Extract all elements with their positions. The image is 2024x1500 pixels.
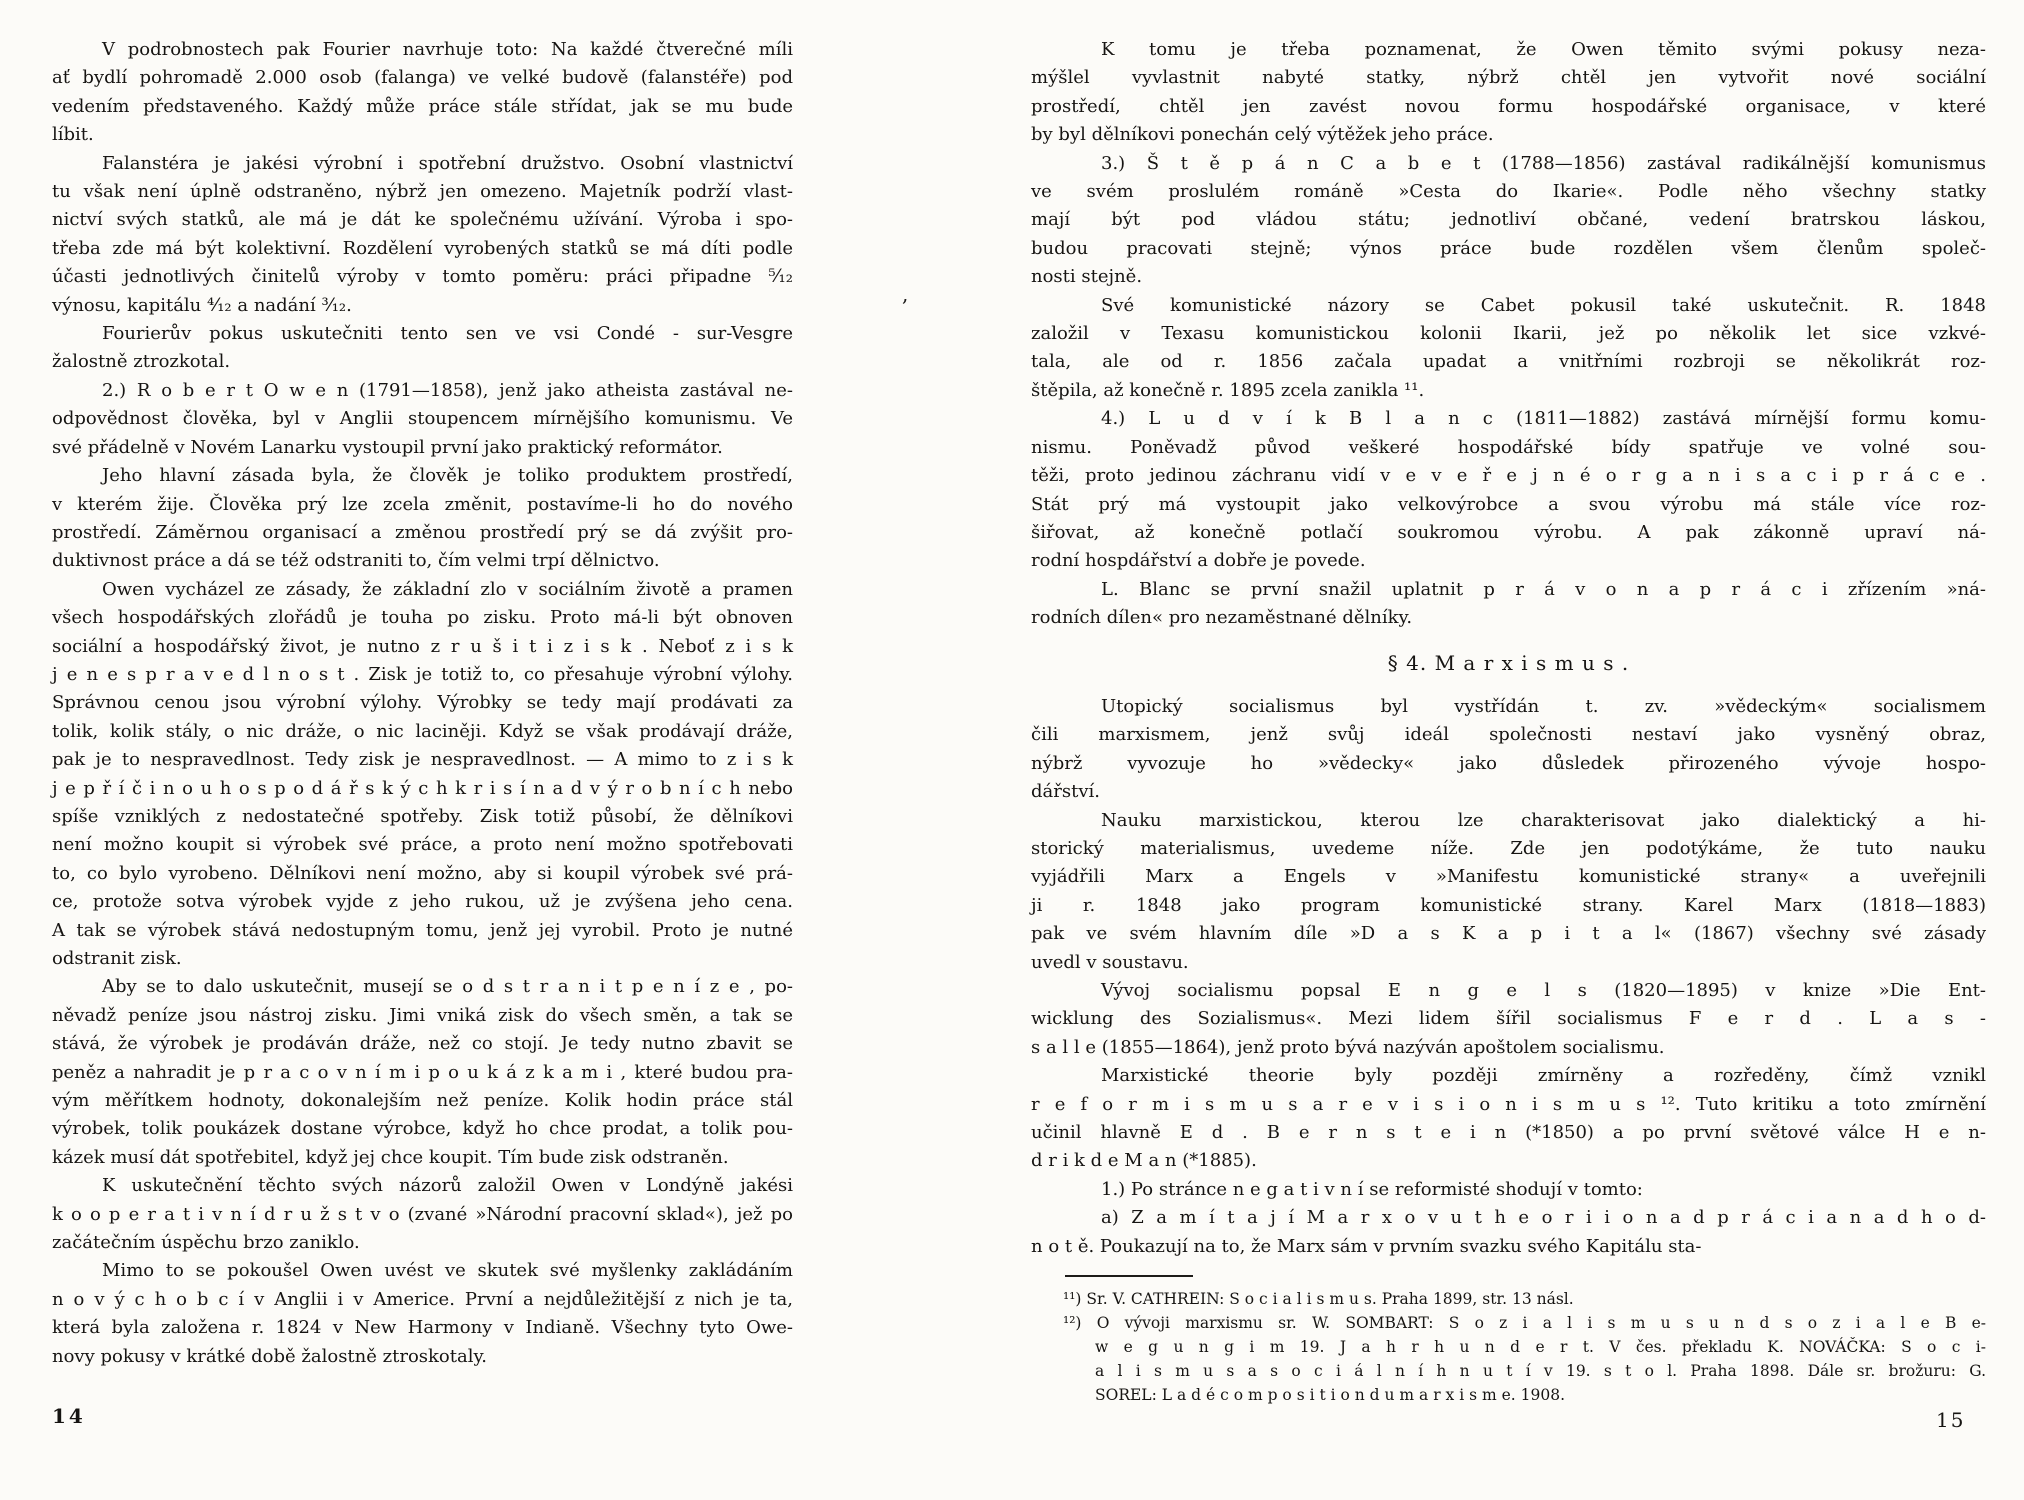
text-line: začátečním úspěchu brzo zaniklo. bbox=[52, 1229, 793, 1257]
text-line: Správnou cenou jsou výrobní výlohy. Výro… bbox=[52, 689, 793, 717]
text-line: stává, že výrobek je prodáván dráže, než… bbox=[52, 1030, 793, 1058]
paragraph: Své komunistické názory se Cabet pokusil… bbox=[1031, 292, 1986, 406]
text-line: Jeho hlavní zásada byla, že člověk je to… bbox=[52, 462, 793, 490]
text-line: v kterém žije. Člověka prý lze zcela změ… bbox=[52, 491, 793, 519]
text-line: mají být pod vládou státu; jednotliví ob… bbox=[1031, 206, 1986, 234]
section-heading: § 4. M a r x i s m u s . bbox=[1031, 649, 1986, 677]
text-line: dářství. bbox=[1031, 778, 1986, 806]
text-line: novy pokusy v krátké době žalostně ztros… bbox=[52, 1343, 793, 1371]
text-line: učinil hlavně E d . B e r n s t e i n (*… bbox=[1031, 1119, 1986, 1147]
paragraph: Jeho hlavní zásada byla, že člověk je to… bbox=[52, 462, 793, 576]
text-line: Stát prý má vystoupit jako velkovýrobce … bbox=[1031, 491, 1986, 519]
text-line: účasti jednotlivých činitelů výroby v to… bbox=[52, 263, 793, 291]
text-line: štěpila, až konečně r. 1895 zcela zanikl… bbox=[1031, 377, 1986, 405]
text-line: wicklung des Sozialismus«. Mezi lidem ší… bbox=[1031, 1005, 1986, 1033]
page-14-text-column: V podrobnostech pak Fourier navrhuje tot… bbox=[52, 36, 793, 1371]
text-line: výnosu, kapitálu ⁴⁄₁₂ a nadání ³⁄₁₂. bbox=[52, 292, 793, 320]
text-line: založil v Texasu komunistickou kolonii I… bbox=[1031, 320, 1986, 348]
text-line: své přádelně v Novém Lanarku vystoupil p… bbox=[52, 434, 793, 462]
text-line: Aby se to dalo uskutečnit, musejí se o d… bbox=[52, 973, 793, 1001]
text-line: Falanstéra je jakési výrobní i spotřební… bbox=[52, 150, 793, 178]
text-line: r e f o r m i s m u s a r e v i s i o n … bbox=[1031, 1091, 1986, 1119]
text-line: odstranit zisk. bbox=[52, 945, 793, 973]
paragraph: Owen vycházel ze zásady, že základní zlo… bbox=[52, 576, 793, 974]
text-line: výrobek, tolik poukázek dostane výrobce,… bbox=[52, 1115, 793, 1143]
text-line: 3.) Š t ě p á n C a b e t (1788—1856) za… bbox=[1031, 150, 1986, 178]
text-line: j e p ř í č i n o u h o s p o d á ř s k … bbox=[52, 775, 793, 803]
paragraph: Nauku marxistickou, kterou lze charakter… bbox=[1031, 807, 1986, 977]
text-line: spíše vzniklých z nedostatečné spotřeby.… bbox=[52, 803, 793, 831]
footnote-marker: ¹¹) bbox=[1063, 1290, 1086, 1308]
text-line: ať bydlí pohromadě 2.000 osob (falanga) … bbox=[52, 64, 793, 92]
text-line: nismu. Poněvadž původ veškeré hospodářsk… bbox=[1031, 434, 1986, 462]
text-line: Své komunistické názory se Cabet pokusil… bbox=[1031, 292, 1986, 320]
text-line: něvadž peníze jsou nástroj zisku. Jimi v… bbox=[52, 1002, 793, 1030]
text-line: sociální a hospodářský život, je nutno z… bbox=[52, 633, 793, 661]
paragraph: Marxistické theorie byly později zmírněn… bbox=[1031, 1062, 1986, 1176]
page-15-text-column: K tomu je třeba poznamenat, že Owen těmi… bbox=[1031, 36, 1986, 1407]
text-line: šiřovat, až konečně potlačí soukromou vý… bbox=[1031, 519, 1986, 547]
text-line: d r i k d e M a n (*1885). bbox=[1031, 1147, 1986, 1175]
text-line: prostředí. Záměrnou organisací a změnou … bbox=[52, 519, 793, 547]
text-line: j e n e s p r a v e d l n o s t . Zisk j… bbox=[52, 661, 793, 689]
paragraph: L. Blanc se první snažil uplatnit p r á … bbox=[1031, 576, 1986, 633]
text-line: kázek musí dát spotřebitel, když jej chc… bbox=[52, 1144, 793, 1172]
text-line: všech hospodářských zlořádů je touha po … bbox=[52, 604, 793, 632]
text-line: těži, proto jedinou záchranu vidí v e v … bbox=[1031, 462, 1986, 490]
paragraph: Fourierův pokus uskutečniti tento sen ve… bbox=[52, 320, 793, 377]
paragraph: 2.) R o b e r t O w e n (1791—1858), jen… bbox=[52, 377, 793, 462]
text-line: V podrobnostech pak Fourier navrhuje tot… bbox=[52, 36, 793, 64]
text-line: ¹²) O vývoji marxismu sr. W. SOMBART: S … bbox=[1095, 1311, 1986, 1335]
text-line: nictví svých statků, ale má je dát ke sp… bbox=[52, 206, 793, 234]
text-line: tu však není úplně odstraněno, nýbrž jen… bbox=[52, 178, 793, 206]
text-line: která byla založena r. 1824 v New Harmon… bbox=[52, 1314, 793, 1342]
text-line: pak ve svém hlavním díle »D a s K a p i … bbox=[1031, 920, 1986, 948]
text-line: 1.) Po stránce n e g a t i v n í se refo… bbox=[1031, 1176, 1986, 1204]
text-line: SOREL: L a d é c o m p o s i t i o n d u… bbox=[1095, 1383, 1986, 1407]
page-number-15: 15 bbox=[1936, 1408, 1965, 1432]
text-line: tolik, kolik stály, o nic dráže, o nic l… bbox=[52, 718, 793, 746]
paragraph: V podrobnostech pak Fourier navrhuje tot… bbox=[52, 36, 793, 150]
text-line: Mimo to se pokoušel Owen uvést ve skutek… bbox=[52, 1257, 793, 1285]
paragraph: K uskutečnění těchto svých názorů založi… bbox=[52, 1172, 793, 1257]
footnote: ¹²) O vývoji marxismu sr. W. SOMBART: S … bbox=[1031, 1311, 1986, 1407]
text-line: Fourierův pokus uskutečniti tento sen ve… bbox=[52, 320, 793, 348]
text-line: rodní hospdářství a dobře je povede. bbox=[1031, 547, 1986, 575]
paragraph: Utopický socialismus byl vystřídán t. zv… bbox=[1031, 693, 1986, 807]
text-line: by byl dělníkovi ponechán celý výtěžek j… bbox=[1031, 121, 1986, 149]
text-line: peněz a nahradit je p r a c o v n í m i … bbox=[52, 1059, 793, 1087]
text-line: líbit. bbox=[52, 121, 793, 149]
text-line: žalostně ztrozkotal. bbox=[52, 348, 793, 376]
text-line: Utopický socialismus byl vystřídán t. zv… bbox=[1031, 693, 1986, 721]
text-line: Marxistické theorie byly později zmírněn… bbox=[1031, 1062, 1986, 1090]
text-line: L. Blanc se první snažil uplatnit p r á … bbox=[1031, 576, 1986, 604]
text-line: nýbrž vyvozuje ho »vědecky« jako důslede… bbox=[1031, 750, 1986, 778]
text-line: to, co bylo vyrobeno. Dělníkovi není mož… bbox=[52, 860, 793, 888]
text-line: vyjádřili Marx a Engels v »Manifestu kom… bbox=[1031, 863, 1986, 891]
paragraph: 3.) Š t ě p á n C a b e t (1788—1856) za… bbox=[1031, 150, 1986, 292]
paragraph: a) Z a m í t a j í M a r x o v u t h e o… bbox=[1031, 1204, 1986, 1261]
footnote-divider bbox=[1065, 1275, 1193, 1277]
text-line: vedením představeného. Každý může práce … bbox=[52, 93, 793, 121]
text-line: není možno koupit si výrobek své práce, … bbox=[52, 831, 793, 859]
text-line: 2.) R o b e r t O w e n (1791—1858), jen… bbox=[52, 377, 793, 405]
paragraph: K tomu je třeba poznamenat, že Owen těmi… bbox=[1031, 36, 1986, 150]
text-line: a) Z a m í t a j í M a r x o v u t h e o… bbox=[1031, 1204, 1986, 1232]
paragraph: Falanstéra je jakési výrobní i spotřební… bbox=[52, 150, 793, 320]
text-line: ¹¹) Sr. V. CATHREIN: S o c i a l i s m u… bbox=[1095, 1287, 1986, 1311]
text-line: třeba zde má být kolektivní. Rozdělení v… bbox=[52, 235, 793, 263]
text-line: pak je to nespravedlnost. Tedy zisk je n… bbox=[52, 746, 793, 774]
footnote: ¹¹) Sr. V. CATHREIN: S o c i a l i s m u… bbox=[1031, 1287, 1986, 1311]
text-line: n o t ě. Poukazují na to, že Marx sám v … bbox=[1031, 1233, 1986, 1261]
text-line: vým měřítkem hodnoty, dokonalejším než p… bbox=[52, 1087, 793, 1115]
text-line: 4.) L u d v í k B l a n c (1811—1882) za… bbox=[1031, 405, 1986, 433]
text-line: Nauku marxistickou, kterou lze charakter… bbox=[1031, 807, 1986, 835]
scan-artifact-comma: , bbox=[902, 282, 908, 306]
text-line: a l i s m u s a s o c i á l n í h n u t … bbox=[1095, 1359, 1986, 1383]
text-line: K tomu je třeba poznamenat, že Owen těmi… bbox=[1031, 36, 1986, 64]
text-line: w e g u n g i m 19. J a h r h u n d e r … bbox=[1095, 1335, 1986, 1359]
text-line: tala, ale od r. 1856 začala upadat a vni… bbox=[1031, 348, 1986, 376]
paragraph: Vývoj socialismu popsal E n g e l s (182… bbox=[1031, 977, 1986, 1062]
text-line: storický materialismus, uvedeme níže. Zd… bbox=[1031, 835, 1986, 863]
text-line: nosti stejně. bbox=[1031, 263, 1986, 291]
text-line: odpovědnost člověka, byl v Anglii stoupe… bbox=[52, 405, 793, 433]
text-line: duktivnost práce a dá se též odstraniti … bbox=[52, 547, 793, 575]
text-line: ce, protože sotva výrobek vyjde z jeho r… bbox=[52, 888, 793, 916]
page-number-14: 14 bbox=[52, 1404, 86, 1428]
text-line: Owen vycházel ze zásady, že základní zlo… bbox=[52, 576, 793, 604]
paragraph: Mimo to se pokoušel Owen uvést ve skutek… bbox=[52, 1257, 793, 1371]
paragraph: 1.) Po stránce n e g a t i v n í se refo… bbox=[1031, 1176, 1986, 1204]
text-line: s a l l e (1855—1864), jenž proto bývá n… bbox=[1031, 1034, 1986, 1062]
text-line: ji r. 1848 jako program komunistické str… bbox=[1031, 892, 1986, 920]
text-line: uvedl v soustavu. bbox=[1031, 949, 1986, 977]
text-line: n o v ý c h o b c í v Anglii i v Americe… bbox=[52, 1286, 793, 1314]
paragraph: 4.) L u d v í k B l a n c (1811—1882) za… bbox=[1031, 405, 1986, 575]
footnote-marker: ¹²) bbox=[1063, 1314, 1097, 1332]
text-line: ve svém proslulém románě »Cesta do Ikari… bbox=[1031, 178, 1986, 206]
text-line: budou pracovati stejně; výnos práce bude… bbox=[1031, 235, 1986, 263]
text-line: prostředí, chtěl jen zavést novou formu … bbox=[1031, 93, 1986, 121]
text-line: k o o p e r a t i v n í d r u ž s t v o … bbox=[52, 1201, 793, 1229]
paragraph: Aby se to dalo uskutečnit, musejí se o d… bbox=[52, 973, 793, 1172]
text-line: Vývoj socialismu popsal E n g e l s (182… bbox=[1031, 977, 1986, 1005]
text-line: A tak se výrobek stává nedostupným tomu,… bbox=[52, 917, 793, 945]
text-line: mýšlel vyvlastnit nabyté statky, nýbrž c… bbox=[1031, 64, 1986, 92]
text-line: rodních dílen« pro nezaměstnané dělníky. bbox=[1031, 604, 1986, 632]
text-line: K uskutečnění těchto svých názorů založi… bbox=[52, 1172, 793, 1200]
text-line: čili marxismem, jenž svůj ideál společno… bbox=[1031, 721, 1986, 749]
